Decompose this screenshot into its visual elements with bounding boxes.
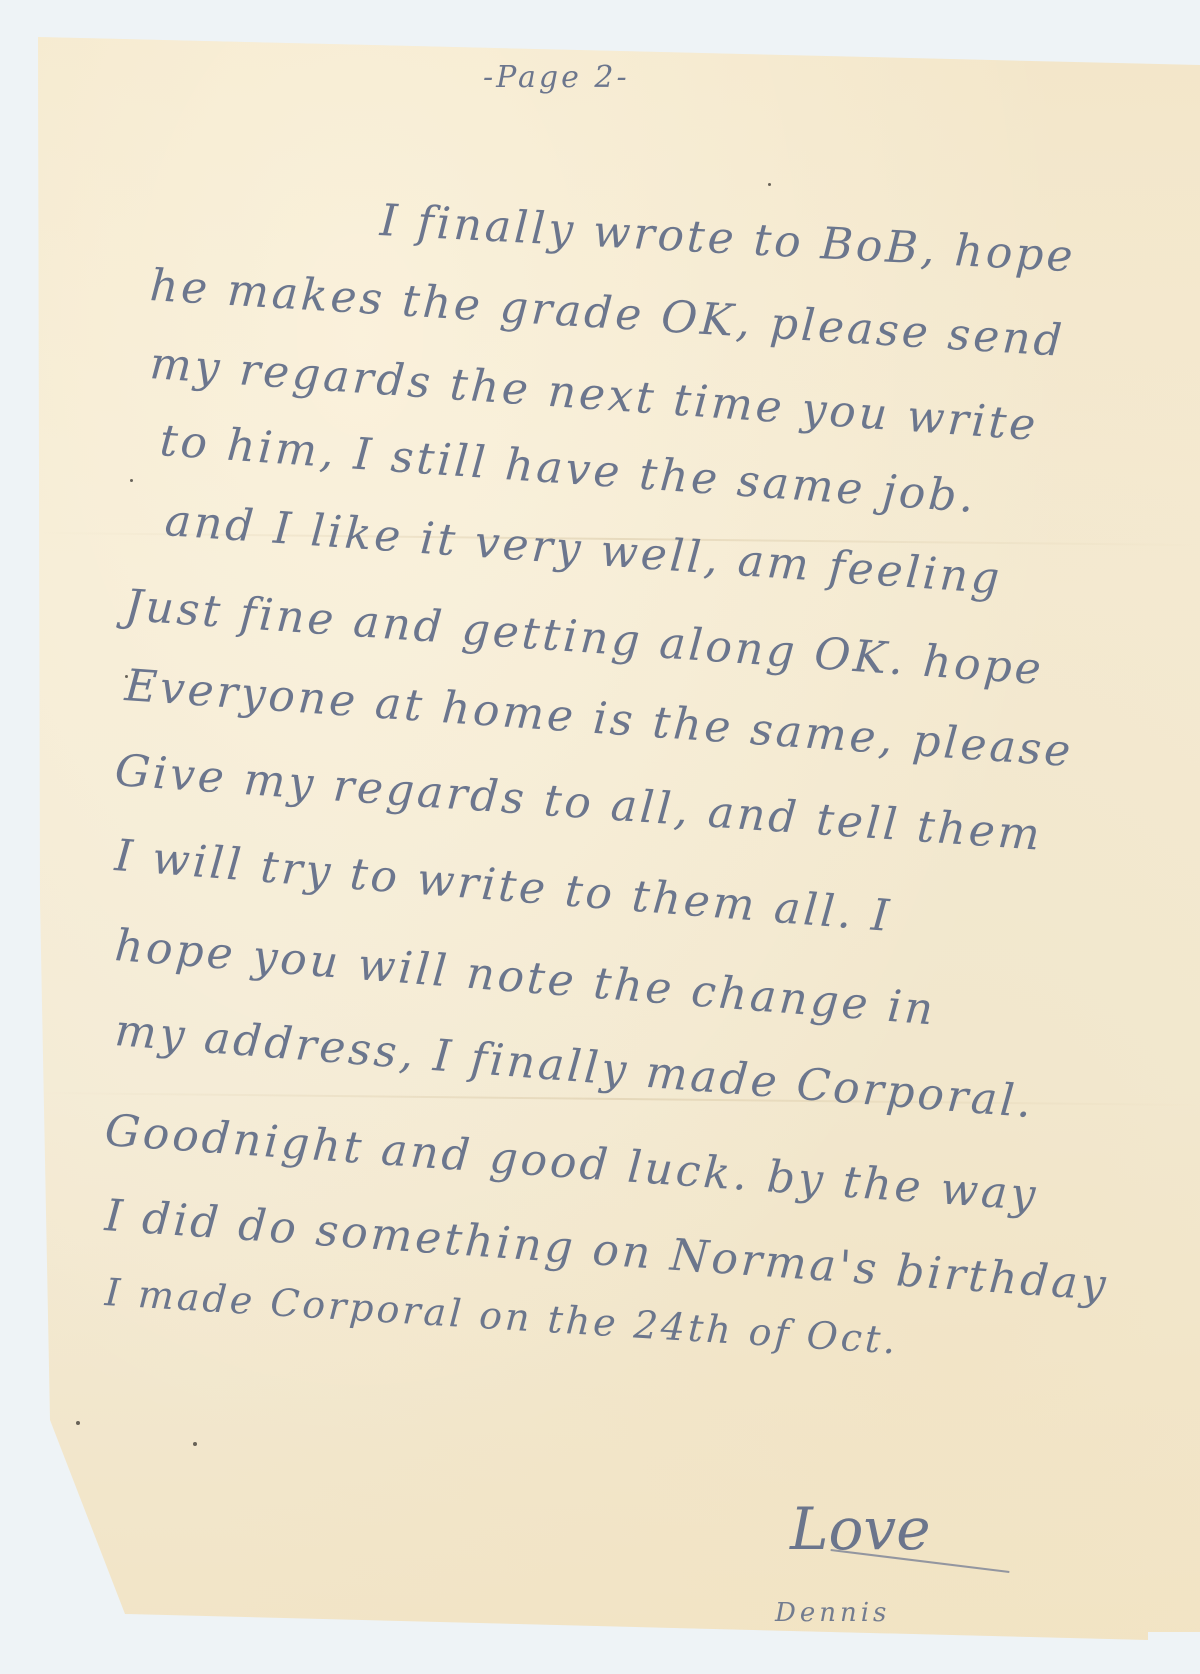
letter-line: I finally wrote to BoB, hope bbox=[379, 195, 1077, 282]
letter-line: I will try to write to them all. I bbox=[113, 830, 894, 942]
page-number-header: -Page 2- bbox=[483, 60, 630, 95]
handwritten-letter: -Page 2- I finally wrote to BoB, hope he… bbox=[0, 0, 1200, 1674]
letter-signature: Dennis bbox=[775, 1598, 890, 1628]
